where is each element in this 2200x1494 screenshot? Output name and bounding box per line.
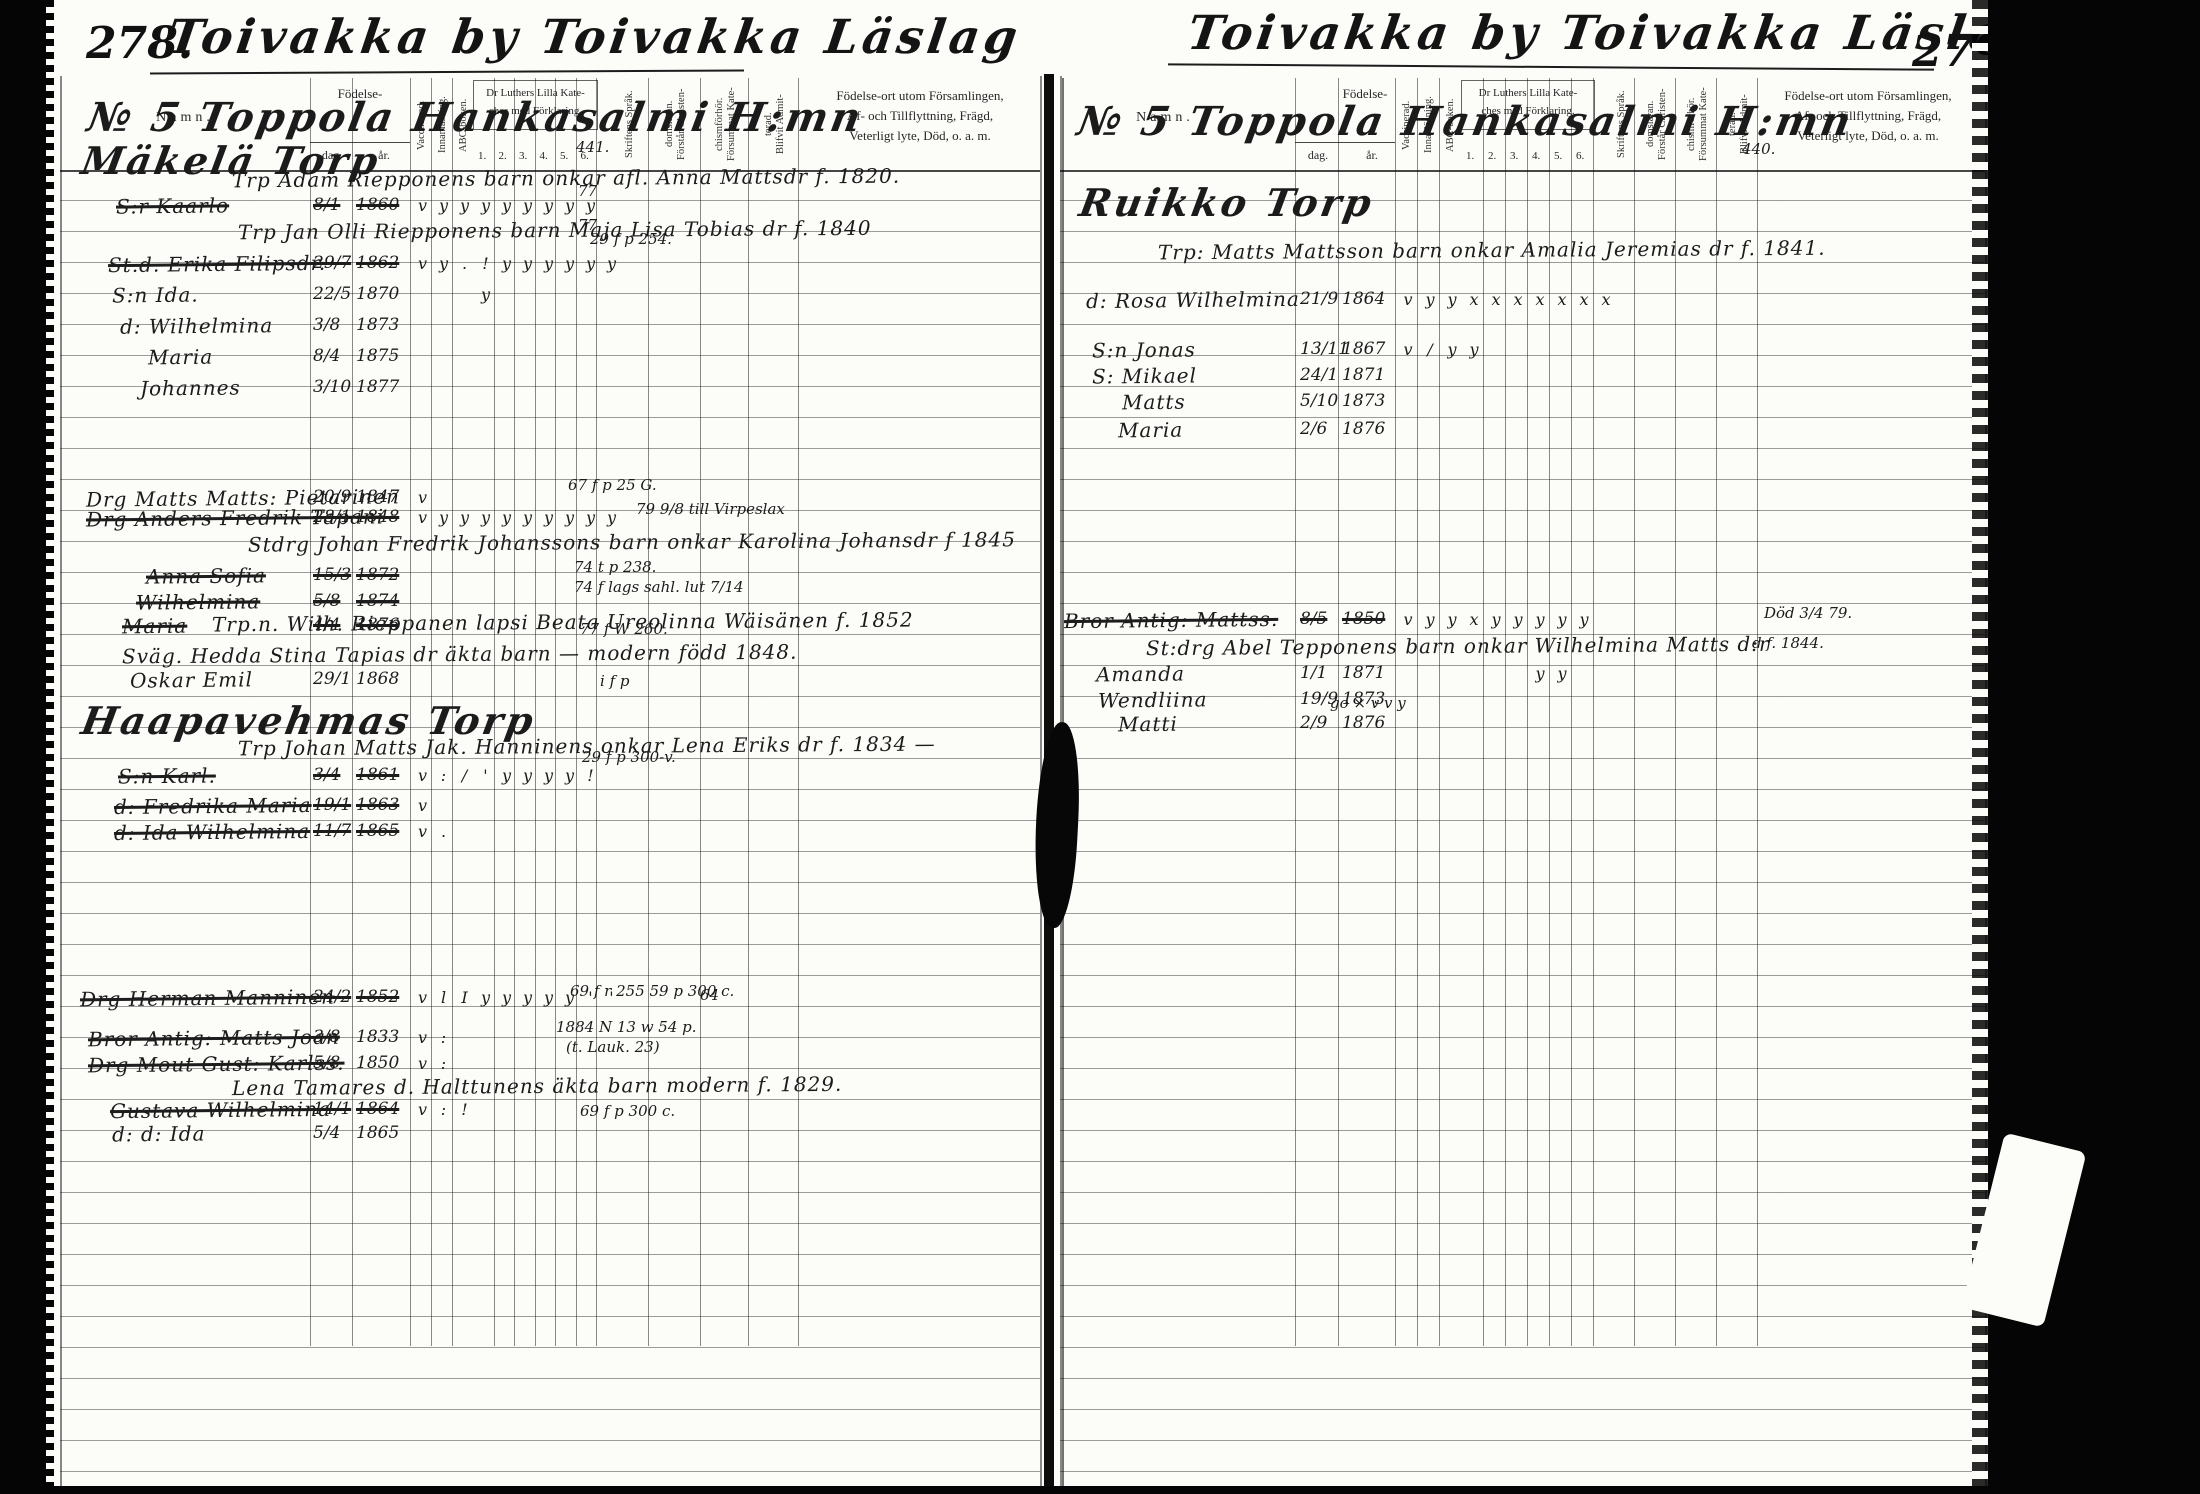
mark-symbol: y (454, 508, 475, 527)
birth-year: 1875 (356, 346, 399, 366)
mark-symbol: y (1441, 340, 1463, 359)
margin-note: 29 f p 300-v. (582, 748, 676, 766)
birth-day: 21/9 (1300, 289, 1338, 309)
birth-day: 24/2 (313, 987, 351, 1007)
mark-symbol: y (475, 196, 496, 215)
mark-symbol: y (1419, 610, 1441, 629)
marks-row: v/yy (1397, 340, 1485, 359)
mark-symbol: y (580, 508, 601, 527)
margin-note: go × v v y (1330, 694, 1406, 712)
margin-note: d f. 1844. (1752, 634, 1824, 652)
birth-day: 1/1 (1300, 663, 1327, 683)
person-name: Amanda (1096, 662, 1185, 687)
mark-symbol: x (1573, 290, 1595, 309)
margin-note: 77 f W 260. (580, 620, 668, 638)
mark-symbol: y (1529, 664, 1551, 683)
mark-symbol: ' (475, 766, 496, 785)
birth-year: 1860 (356, 195, 399, 215)
birth-day: 2/6 (1300, 419, 1327, 439)
mark-symbol: v (412, 254, 433, 273)
marks-row: vyyyyyyyy (412, 196, 601, 215)
mark-symbol: v (412, 766, 433, 785)
mark-symbol: v (412, 1054, 433, 1073)
mark-symbol: y (1529, 610, 1551, 629)
person-name: Bror Antig: Mattss. (1064, 607, 1278, 633)
mark-symbol: : (433, 1028, 454, 1047)
person-name: Wilhelmina (136, 589, 261, 614)
marks-row: v:/'yyyy! (412, 766, 601, 785)
birth-year: 1874 (356, 591, 399, 611)
person-name: Drg Mout Gust: Karlss. (88, 1051, 345, 1078)
birth-day: 29/7 (313, 253, 351, 273)
birth-year: 1833 (356, 1027, 399, 1047)
mark-symbol: y (433, 508, 454, 527)
scanned-book-spread: 278. Toivakka by Toivakka Läslag Toivakk… (0, 0, 2200, 1494)
birth-year: 1873 (1342, 391, 1385, 411)
mark-symbol: y (517, 254, 538, 273)
marks-row: v: (412, 1028, 454, 1047)
mark-symbol: . (454, 254, 475, 273)
mark-symbol: y (496, 508, 517, 527)
mark-symbol: y (433, 196, 454, 215)
mark-symbol: / (454, 766, 475, 785)
mark-symbol (454, 285, 475, 304)
birth-day: 28/1 (313, 507, 351, 527)
birth-year: 1862 (356, 253, 399, 273)
person-name: Maria (122, 614, 188, 639)
marks-row: vyyyyyyyyy (412, 508, 622, 527)
mark-symbol (412, 285, 433, 304)
mark-symbol: y (1573, 610, 1595, 629)
birth-year: 1871 (1342, 365, 1385, 385)
birth-year: 1852 (356, 987, 399, 1007)
person-name: Wendliina (1098, 687, 1208, 712)
family-line: Lena Tamares d. Halttunens äkta barn mod… (232, 1072, 842, 1100)
mark-symbol: ! (475, 254, 496, 273)
scan-edge-left-ragged (46, 0, 54, 1494)
mark-symbol: y (475, 988, 496, 1007)
margin-note: 29 f p 254. (590, 230, 672, 248)
mark-symbol: y (517, 196, 538, 215)
mark-symbol: y (1551, 664, 1573, 683)
mark-symbol: y (496, 196, 517, 215)
family-line: Trp Jan Olli Riepponens barn Maja Lisa T… (238, 216, 872, 244)
birth-day: 2/9 (1300, 713, 1327, 733)
birth-year: 1850 (356, 1053, 399, 1073)
margin-note: 69 f r 255 59 p 300 c. (570, 982, 734, 1000)
mark-symbol: y (517, 508, 538, 527)
mark-symbol (1397, 664, 1419, 683)
mark-symbol: ! (454, 1100, 475, 1119)
birth-day: 5/8 (313, 1053, 340, 1073)
person-name: S:n Jonas (1092, 337, 1196, 362)
birth-day: 3/8 (313, 315, 340, 335)
birth-year: 1867 (1342, 339, 1385, 359)
birth-day: 8/5 (1300, 609, 1327, 629)
mark-symbol: x (1463, 610, 1485, 629)
person-name: Matti (1118, 712, 1178, 737)
marks-row: v. (412, 822, 454, 841)
mark-symbol: I (454, 988, 475, 1007)
mark-symbol (1507, 664, 1529, 683)
margin-note: 79 9/8 till Virpeslax (636, 500, 785, 518)
marks-row: v (412, 488, 433, 507)
birth-year: 1865 (356, 1123, 399, 1143)
marks-row: vy.!yyyyyy (412, 254, 622, 273)
birth-year: 1864 (356, 1099, 399, 1119)
mark-symbol: : (433, 766, 454, 785)
mark-symbol: v (1397, 340, 1419, 359)
marks-row: y (412, 285, 496, 304)
scan-edge-left (0, 0, 46, 1494)
mark-symbol: ! (580, 766, 601, 785)
mark-symbol: y (433, 254, 454, 273)
person-name: Johannes (140, 375, 241, 400)
margin-note: 67 f p 25 G. (568, 476, 657, 494)
margin-note: i f p (600, 672, 630, 690)
birth-day: 3/8 (313, 1027, 340, 1047)
birth-year: 1873 (356, 315, 399, 335)
birth-year: 1871 (1342, 663, 1385, 683)
mark-symbol: v (412, 488, 433, 507)
mark-symbol: y (1441, 610, 1463, 629)
person-name: Drg Herman Manninen (80, 985, 335, 1012)
person-name: d: Rosa Wilhelmina (1086, 287, 1300, 313)
mark-symbol: y (496, 766, 517, 785)
mark-symbol: y (475, 508, 496, 527)
person-name: Maria (148, 345, 214, 370)
mark-symbol: y (496, 988, 517, 1007)
mark-symbol: v (412, 196, 433, 215)
margin-note: 69 f p 300 c. (580, 1102, 675, 1120)
section-title: № 5 Toppola Hankasalmi H:mn (84, 94, 867, 141)
mark-symbol: l (433, 988, 454, 1007)
person-name: d: Fredrika Maria (114, 793, 312, 819)
mark-symbol: y (538, 988, 559, 1007)
person-name: Maria (1118, 418, 1184, 443)
person-name: S:n Karl. (118, 763, 216, 788)
mark-symbol: x (1551, 290, 1573, 309)
mark-symbol: y (496, 254, 517, 273)
birth-year: 1850 (1342, 609, 1385, 629)
family-line: Trp: Matts Mattsson barn onkar Amalia Je… (1158, 236, 1826, 265)
mark-symbol (1419, 664, 1441, 683)
birth-year: 1861 (356, 765, 399, 785)
mark-symbol: x (1529, 290, 1551, 309)
birth-day: 5/10 (1300, 391, 1338, 411)
marks-row: v: (412, 1054, 454, 1073)
mark-symbol: y (559, 196, 580, 215)
birth-year: 1877 (356, 377, 399, 397)
mark-symbol: x (1485, 290, 1507, 309)
family-line: St:drg Abel Tepponens barn onkar Wilhelm… (1146, 632, 1770, 660)
family-line: Trp.n. Wilh. Rieppanen lapsi Beata Ureol… (212, 608, 914, 637)
mark-symbol: y (517, 766, 538, 785)
mark-symbol: v (412, 1100, 433, 1119)
family-line: Sväg. Hedda Stina Tapias dr äkta barn — … (122, 640, 798, 669)
mark-symbol (1485, 664, 1507, 683)
birth-day: 11/7 (313, 821, 351, 841)
birth-day: 5/4 (313, 1123, 340, 1143)
margin-note: 1884 N 13 w 54 p. (556, 1018, 697, 1036)
mark-symbol: y (1463, 340, 1485, 359)
family-line: Trp Adam Riepponens barn onkar afl. Anna… (232, 164, 900, 193)
mark-symbol: y (538, 196, 559, 215)
mark-symbol: v (1397, 290, 1419, 309)
birth-day: 22/5 (313, 284, 351, 304)
mark-symbol: v (412, 988, 433, 1007)
mark-symbol: y (559, 766, 580, 785)
family-line: Stdrg Johan Fredrik Johanssons barn onka… (248, 527, 1016, 556)
marks-row: vyyxyyyyy (1397, 610, 1595, 629)
person-name: S:n Ida. (112, 283, 199, 308)
birth-year: 1868 (356, 669, 399, 689)
section-title: № 5 Toppola Hankasalmi H:mn (1074, 98, 1857, 145)
person-name: d: Wilhelmina (120, 313, 273, 339)
mark-symbol: x (1463, 290, 1485, 309)
mark-symbol: y (538, 766, 559, 785)
mark-symbol: y (1419, 290, 1441, 309)
birth-day: 8/4 (313, 346, 340, 366)
birth-day: 3/4 (313, 765, 340, 785)
marks-row: yy (1397, 664, 1573, 683)
mark-symbol: : (433, 1054, 454, 1073)
mark-symbol: y (580, 196, 601, 215)
birth-year: 1876 (1342, 419, 1385, 439)
marks-row: vyyxxxxxxx (1397, 290, 1617, 309)
margin-note: (t. Lauk. 23) (566, 1038, 660, 1056)
mark-symbol: v (412, 796, 433, 815)
mark-symbol: y (559, 508, 580, 527)
person-name: d: Ida Wilhelmina (114, 819, 310, 845)
mark-symbol: v (412, 822, 433, 841)
margin-note: 74 t p 238. (574, 558, 656, 576)
mark-symbol (1441, 664, 1463, 683)
marks-row: v (412, 796, 433, 815)
mark-symbol: y (601, 254, 622, 273)
person-name: Anna Sofia (146, 563, 266, 588)
margin-note: 74 f lags sahl. lut 7/14 (574, 578, 744, 596)
mark-symbol: y (601, 508, 622, 527)
birth-year: 1870 (356, 284, 399, 304)
birth-year: 1864 (1342, 289, 1385, 309)
mark-symbol: x (1507, 290, 1529, 309)
person-name: Oskar Emil (130, 667, 253, 692)
birth-year: 1872 (356, 565, 399, 585)
mark-symbol (433, 285, 454, 304)
birth-year: 1848 (356, 507, 399, 527)
mark-symbol: v (412, 1028, 433, 1047)
birth-day: 14/1 (313, 1099, 351, 1119)
mark-symbol: / (1419, 340, 1441, 359)
person-name: Gustava Wilhelmina (110, 1097, 331, 1123)
marks-row: v:! (412, 1100, 475, 1119)
mark-symbol: y (1551, 610, 1573, 629)
person-name: d: d: Ida (112, 1122, 206, 1147)
mark-symbol: v (1397, 610, 1419, 629)
birth-day: 8/1 (313, 195, 340, 215)
mark-symbol: . (433, 822, 454, 841)
person-name: Bror Antig: Matts Joan (88, 1025, 340, 1052)
person-name: St.d. Erika Filipsdr. (108, 251, 326, 277)
birth-year: 1863 (356, 795, 399, 815)
mark-symbol: y (454, 196, 475, 215)
margin-note: Död 3/4 79. (1764, 604, 1852, 622)
scan-edge-bottom (0, 1486, 1988, 1494)
mark-symbol: y (538, 254, 559, 273)
mark-symbol: y (1507, 610, 1529, 629)
mark-symbol: y (475, 285, 496, 304)
person-name: S: Mikael (1092, 363, 1197, 388)
birth-year: 1876 (1342, 713, 1385, 733)
birth-day: 5/8 (313, 591, 340, 611)
birth-day: 15/3 (313, 565, 351, 585)
mark-symbol: x (1595, 290, 1617, 309)
mark-symbol: y (517, 988, 538, 1007)
person-name: Matts (1122, 390, 1186, 415)
mark-symbol: y (559, 254, 580, 273)
birth-day: 29/1 (313, 669, 351, 689)
birth-day: 19/1 (313, 795, 351, 815)
birth-day: 3/10 (313, 377, 351, 397)
mark-symbol: v (412, 508, 433, 527)
mark-symbol: y (1441, 290, 1463, 309)
birth-year: 1865 (356, 821, 399, 841)
mark-symbol: y (580, 254, 601, 273)
mark-symbol: y (538, 508, 559, 527)
person-name: S:r Kaarlo (116, 193, 229, 218)
birth-day: 24/1 (1300, 365, 1338, 385)
handwritten-entries-layer: 441.№ 5 Toppola Hankasalmi H:mnMäkelä To… (0, 0, 2200, 1494)
mark-symbol (1463, 664, 1485, 683)
mark-symbol: y (1485, 610, 1507, 629)
section-title: Ruikko Torp (1076, 180, 1378, 225)
mark-symbol: : (433, 1100, 454, 1119)
